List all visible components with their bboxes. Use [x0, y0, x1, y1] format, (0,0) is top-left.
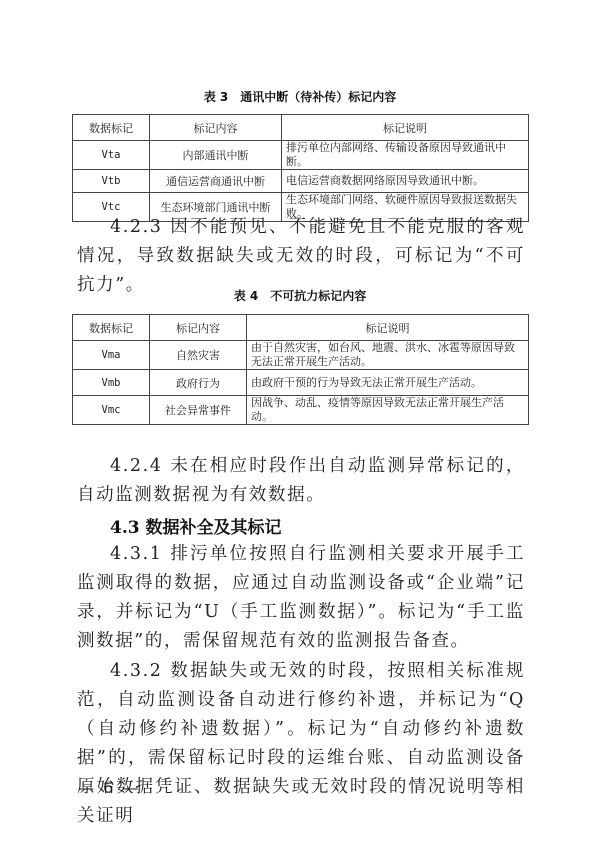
- paragraph-4-2-4: 4.2.4 未在相应时段作出自动监测异常标记的，自动监测数据视为有效数据。: [77, 452, 525, 510]
- content-cell: 内部通讯中断: [150, 141, 282, 170]
- paragraph-text: 4.3.1 排污单位按照自行监测相关要求开展手工监测取得的数据，应通过自动监测设…: [77, 544, 525, 651]
- paragraph-text: 4.3.2 数据缺失或无效的时段，按照相关标准规范，自动监测设备自动进行修约补遗…: [77, 661, 525, 826]
- table3-caption: 表 3通讯中断（待补传）标记内容: [0, 88, 600, 105]
- description-cell: 电信运营商数据网络原因导致通讯中断。: [282, 170, 529, 193]
- paragraph-text: 4.2.4 未在相应时段作出自动监测异常标记的，自动监测数据视为有效数据。: [77, 456, 525, 505]
- table-row: Vma 自然灾害 由于自然灾害，如台风、地震、洪水、冰雹等原因导致无法正常开展生…: [73, 341, 529, 370]
- table4-caption-number: 表 4: [234, 289, 259, 303]
- table3-caption-number: 表 3: [204, 90, 229, 104]
- paragraph-4-3-1: 4.3.1 排污单位按照自行监测相关要求开展手工监测取得的数据，应通过自动监测设…: [77, 540, 525, 656]
- content-cell: 通信运营商通讯中断: [150, 170, 282, 193]
- table-header-row: 数据标记 标记内容 标记说明: [73, 115, 529, 141]
- table-row: Vtb 通信运营商通讯中断 电信运营商数据网络原因导致通讯中断。: [73, 170, 529, 193]
- header-cell: 标记内容: [150, 315, 247, 341]
- code-cell: Vma: [73, 341, 150, 370]
- header-cell: 数据标记: [73, 115, 150, 141]
- description-cell: 由政府干预的行为导致无法正常开展生产活动。: [247, 370, 529, 396]
- table3: 数据标记 标记内容 标记说明 Vta 内部通讯中断 排污单位内部网络、传输设备原…: [72, 114, 529, 222]
- section-heading-4-3: 4.3 数据补全及其标记: [110, 513, 282, 538]
- table-row: Vta 内部通讯中断 排污单位内部网络、传输设备原因导致通讯中断。: [73, 141, 529, 170]
- paragraph-text: 4.2.3 因不能预见、不能避免且不能克服的客观情况，导致数据缺失或无效的时段，…: [77, 217, 525, 295]
- table-header-row: 数据标记 标记内容 标记说明: [73, 315, 529, 341]
- page-number: — 6 —: [78, 778, 140, 797]
- table4-caption: 表 4不可抗力标记内容: [0, 287, 600, 304]
- description-cell: 排污单位内部网络、传输设备原因导致通讯中断。: [282, 141, 529, 170]
- content-cell: 社会异常事件: [150, 396, 247, 425]
- table-row: Vmc 社会异常事件 因战争、动乱、疫情等原因导致无法正常开展生产活动。: [73, 396, 529, 425]
- content-cell: 政府行为: [150, 370, 247, 396]
- code-cell: Vtb: [73, 170, 150, 193]
- table4: 数据标记 标记内容 标记说明 Vma 自然灾害 由于自然灾害，如台风、地震、洪水…: [72, 314, 529, 425]
- header-cell: 数据标记: [73, 315, 150, 341]
- paragraph-4-3-2: 4.3.2 数据缺失或无效的时段，按照相关标准规范，自动监测设备自动进行修约补遗…: [77, 657, 525, 831]
- table3-caption-title: 通讯中断（待补传）标记内容: [240, 90, 396, 104]
- code-cell: Vta: [73, 141, 150, 170]
- description-cell: 由于自然灾害，如台风、地震、洪水、冰雹等原因导致无法正常开展生产活动。: [247, 341, 529, 370]
- table-row: Vmb 政府行为 由政府干预的行为导致无法正常开展生产活动。: [73, 370, 529, 396]
- code-cell: Vmc: [73, 396, 150, 425]
- header-cell: 标记说明: [282, 115, 529, 141]
- table4-caption-title: 不可抗力标记内容: [270, 289, 366, 303]
- description-cell: 因战争、动乱、疫情等原因导致无法正常开展生产活动。: [247, 396, 529, 425]
- code-cell: Vmb: [73, 370, 150, 396]
- content-cell: 自然灾害: [150, 341, 247, 370]
- header-cell: 标记内容: [150, 115, 282, 141]
- header-cell: 标记说明: [247, 315, 529, 341]
